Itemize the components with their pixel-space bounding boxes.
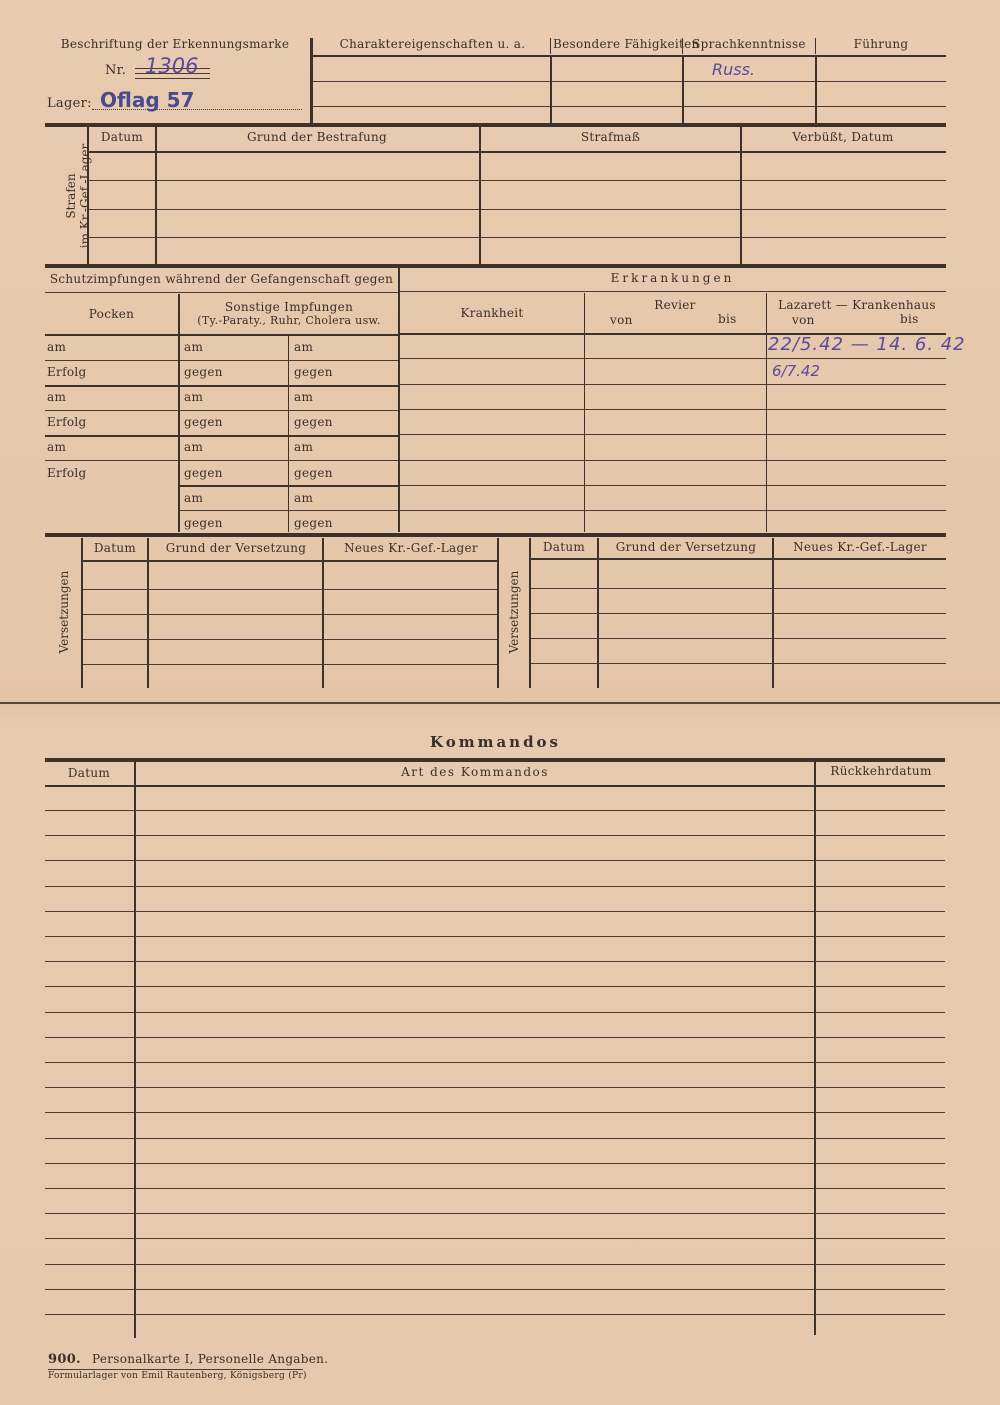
rule: [531, 638, 946, 639]
header-krankheit: Krankheit: [400, 306, 584, 320]
rule: [83, 589, 497, 590]
divider: [87, 127, 89, 264]
kommandos-row-rule: [45, 986, 945, 987]
divider: [815, 38, 816, 54]
rule: [45, 292, 398, 293]
kommandos-row-rule: [45, 1264, 945, 1265]
rule: [531, 613, 946, 614]
kommandos-row-rule: [45, 1012, 945, 1013]
header-art-des-kommandos: Art des Kommandos: [137, 765, 813, 779]
kommandos-row-rule: [45, 1188, 945, 1189]
divider: [740, 127, 742, 264]
rule: [45, 410, 178, 411]
pocken-row: am: [47, 440, 66, 454]
pocken-row: am: [47, 340, 66, 354]
header-rueckkehrdatum: Rückkehrdatum: [817, 764, 945, 778]
versetzungen-side-label-right: Versetzungen: [507, 562, 521, 662]
header-verbuesst-datum: Verbüßt, Datum: [743, 130, 943, 144]
form-number: 900.: [48, 1352, 81, 1367]
revier-bis: bis: [718, 312, 737, 326]
strafen-sublabel: im Kr.-Gef.-Lager: [78, 136, 92, 256]
page-fold-line: [0, 702, 1000, 704]
rule: [45, 435, 178, 437]
kommandos-row-rule: [45, 860, 945, 861]
kommandos-row-rule: [45, 1213, 945, 1214]
rule: [45, 334, 398, 336]
rule: [83, 664, 497, 665]
divider: [134, 760, 136, 1338]
header-datum-right: Datum: [531, 540, 597, 554]
kommandos-row-rule: [45, 1138, 945, 1139]
rule: [89, 180, 946, 181]
rule: [313, 81, 946, 82]
kommandos-row-rule: [45, 1289, 945, 1290]
sonstige-cell: am: [294, 491, 313, 505]
lager-stamp[interactable]: Oflag 57: [100, 88, 194, 112]
rule: [400, 460, 946, 461]
pocken-row: Erfolg: [47, 415, 86, 429]
rule: [89, 237, 946, 238]
divider: [682, 57, 684, 123]
lazarett-entry-1[interactable]: 22/5.42 — 14. 6. 42: [768, 334, 966, 355]
rule: [45, 360, 178, 361]
sonstige-cell: am: [184, 390, 203, 404]
rule: [89, 209, 946, 210]
divider: [155, 127, 157, 264]
header-datum-kommandos: Datum: [45, 766, 133, 780]
divider: [178, 294, 180, 532]
rule: [400, 358, 946, 359]
nr-label: Nr.: [105, 63, 126, 78]
lazarett-bis: bis: [900, 312, 919, 326]
sonstige-cell: am: [184, 491, 203, 505]
rule: [400, 409, 946, 410]
divider: [497, 538, 499, 688]
header-pocken: Pocken: [45, 307, 178, 321]
sonstige-cell: gegen: [184, 415, 223, 429]
divider: [766, 293, 767, 532]
divider: [682, 38, 683, 54]
header-strafmass: Strafmaß: [482, 130, 739, 144]
header-sprachkenntnisse: Sprachkenntnisse: [684, 37, 814, 51]
rule: [180, 410, 398, 411]
kommandos-row-rule: [45, 1163, 945, 1164]
section-rule: [45, 123, 946, 127]
kommandos-row-rule: [45, 835, 945, 836]
rule: [180, 460, 398, 461]
rule: [313, 106, 946, 107]
divider: [288, 336, 289, 532]
sonstige-cell: am: [184, 440, 203, 454]
kommandos-row-rule: [45, 1314, 945, 1315]
erkrankungen-title: Erkrankungen: [400, 271, 945, 285]
rule: [180, 435, 398, 437]
sonstige-cell: gegen: [184, 365, 223, 379]
kommandos-row-rule: [45, 1112, 945, 1113]
section-rule: [45, 758, 945, 762]
schutzimpfungen-title: Schutzimpfungen während der Gefangenscha…: [45, 272, 398, 286]
sprachkenntnisse-entry[interactable]: Russ.: [712, 60, 755, 79]
rule: [400, 291, 946, 292]
divider: [815, 57, 817, 123]
rule: [531, 588, 946, 589]
sonstige-cell: gegen: [294, 365, 333, 379]
publisher: Formularlager von Emil Rautenberg, König…: [48, 1371, 307, 1381]
rule: [400, 384, 946, 385]
rule: [531, 558, 946, 560]
header-charaktereigenschaften: Charaktereigenschaften u. a.: [315, 37, 550, 51]
rule: [45, 385, 178, 387]
rule: [89, 151, 946, 153]
sonstige-cell: am: [184, 340, 203, 354]
lager-label: Lager:: [47, 96, 92, 111]
rule: [83, 639, 497, 640]
sonstige-cell: gegen: [294, 415, 333, 429]
rule: [45, 785, 945, 787]
sonstige-cell: gegen: [184, 516, 223, 530]
header-fuehrung: Führung: [817, 37, 945, 51]
kommandos-row-rule: [45, 1062, 945, 1063]
kommandos-row-rule: [45, 1238, 945, 1239]
revier-von: von: [610, 313, 633, 327]
header-datum: Datum: [90, 130, 154, 144]
header-grund-der-versetzung-left: Grund der Versetzung: [150, 541, 322, 555]
header-revier: Revier: [586, 298, 764, 312]
kommandos-row-rule: [45, 810, 945, 811]
section-rule: [45, 533, 946, 537]
rule: [180, 385, 398, 387]
rule: [531, 663, 946, 664]
rule: [400, 485, 946, 486]
sonstige-cell: am: [294, 390, 313, 404]
divider: [550, 38, 551, 54]
rule: [180, 485, 398, 487]
kommandos-row-rule: [45, 936, 945, 937]
pocken-row: Erfolg: [47, 466, 86, 480]
kommandos-row-rule: [45, 1087, 945, 1088]
nr-value[interactable]: 1306: [145, 54, 198, 78]
strafen-label: Strafen: [64, 136, 78, 256]
kommandos-row-rule: [45, 1037, 945, 1038]
sonstige-cell: am: [294, 340, 313, 354]
header-lazarett-krankenhaus: Lazarett — Krankenhaus: [768, 298, 946, 312]
rule: [313, 55, 946, 57]
lazarett-entry-2[interactable]: 6/7.42: [772, 362, 820, 380]
sonstige-title: Sonstige Impfungen: [180, 300, 398, 314]
rule: [180, 510, 398, 511]
header-grund-der-bestrafung: Grund der Bestrafung: [157, 130, 477, 144]
header-sonstige-impfungen: Sonstige Impfungen (Ty.-Paraty., Ruhr, C…: [180, 300, 398, 328]
pocken-row: am: [47, 390, 66, 404]
header-neues-lager-left: Neues Kr.-Gef.-Lager: [325, 541, 497, 555]
rule: [400, 434, 946, 435]
section-rule: [45, 264, 946, 268]
versetzungen-side-label-left: Versetzungen: [57, 562, 71, 662]
header-datum-left: Datum: [83, 541, 147, 555]
divider: [479, 127, 481, 264]
form-title: Personalkarte I, Personelle Angaben.: [92, 1352, 328, 1366]
divider: [550, 57, 552, 123]
sonstige-cell: gegen: [294, 466, 333, 480]
sonstige-cell: am: [294, 440, 313, 454]
sonstige-subtitle: (Ty.-Paraty., Ruhr, Cholera usw.: [180, 314, 398, 328]
rule: [400, 510, 946, 511]
divider: [814, 760, 816, 1335]
header-grund-der-versetzung-right: Grund der Versetzung: [600, 540, 772, 554]
kommandos-row-rule: [45, 961, 945, 962]
kommandos-row-rule: [45, 886, 945, 887]
kommandos-title: Kommandos: [45, 733, 946, 751]
rule: [48, 1369, 303, 1370]
sonstige-cell: gegen: [184, 466, 223, 480]
sonstige-cell: gegen: [294, 516, 333, 530]
kommandos-row-rule: [45, 911, 945, 912]
pocken-row: Erfolg: [47, 365, 86, 379]
rule: [83, 614, 497, 615]
erkennungsmarke-title: Beschriftung der Erkennungsmarke: [45, 37, 305, 51]
rule: [83, 560, 497, 562]
header-besondere-faehigkeiten: Besondere Fähigkeiten: [553, 37, 681, 51]
header-neues-lager-right: Neues Kr.-Gef.-Lager: [775, 540, 945, 554]
lazarett-von: von: [792, 313, 815, 327]
rule: [45, 460, 178, 461]
divider: [584, 293, 585, 532]
rule: [180, 360, 398, 361]
nr-rule: [135, 78, 210, 79]
